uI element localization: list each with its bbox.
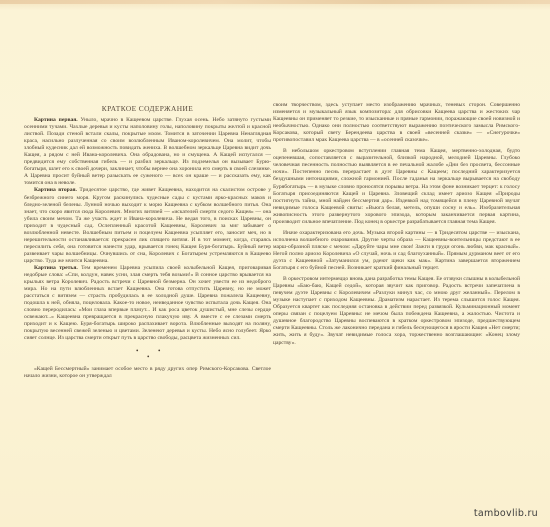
paragraph-closing: «Кащей Бессмертный» занимает особое мест…: [24, 366, 271, 380]
scene-2-text: Тридесятое царство, где живет Кащеевна, …: [24, 187, 271, 263]
paragraph-intermezzo: В оркестровом интермеццо вновь дана разр…: [273, 276, 520, 346]
paragraph-scene-3: Картина третья. Тем временем Царевна усы…: [24, 265, 271, 343]
left-column: Картина первая. Уныло, мрачно в Кащеевом…: [24, 117, 271, 380]
section-separator: • • •: [24, 348, 271, 362]
document-page: КРАТКОЕ СОДЕРЖАНИЕ Картина первая. Уныло…: [0, 0, 550, 527]
scene-1-text: Уныло, мрачно в Кащеевом царстве. Глухая…: [24, 117, 271, 186]
paragraph-continuation: своим творчеством, здесь уступает место …: [273, 102, 520, 144]
paper-edge: [0, 0, 550, 4]
separator-dot: •: [158, 348, 160, 355]
watermark: tambovlib.ru: [474, 508, 538, 519]
paragraph-overture: В небольшом оркестровом вступлении главн…: [273, 148, 520, 226]
scene-3-text: Тем временем Царевна усыпила своей колыб…: [24, 265, 271, 341]
paragraph-second-scene-music: Иначе охарактеризована его дочь. Музыка …: [273, 230, 520, 272]
scene-2-heading: Картина вторая.: [34, 187, 77, 193]
scene-3-heading: Картина третья.: [34, 265, 78, 271]
right-column: своим творчеством, здесь уступает место …: [273, 102, 520, 347]
paragraph-scene-2: Картина вторая. Тридесятое царство, где …: [24, 187, 271, 265]
scene-1-heading: Картина первая.: [34, 117, 78, 123]
section-title: КРАТКОЕ СОДЕРЖАНИЕ: [20, 104, 275, 113]
paragraph-scene-1: Картина первая. Уныло, мрачно в Кащеевом…: [24, 117, 271, 187]
separator-dot: •: [147, 354, 149, 361]
separator-dot: •: [136, 348, 138, 355]
